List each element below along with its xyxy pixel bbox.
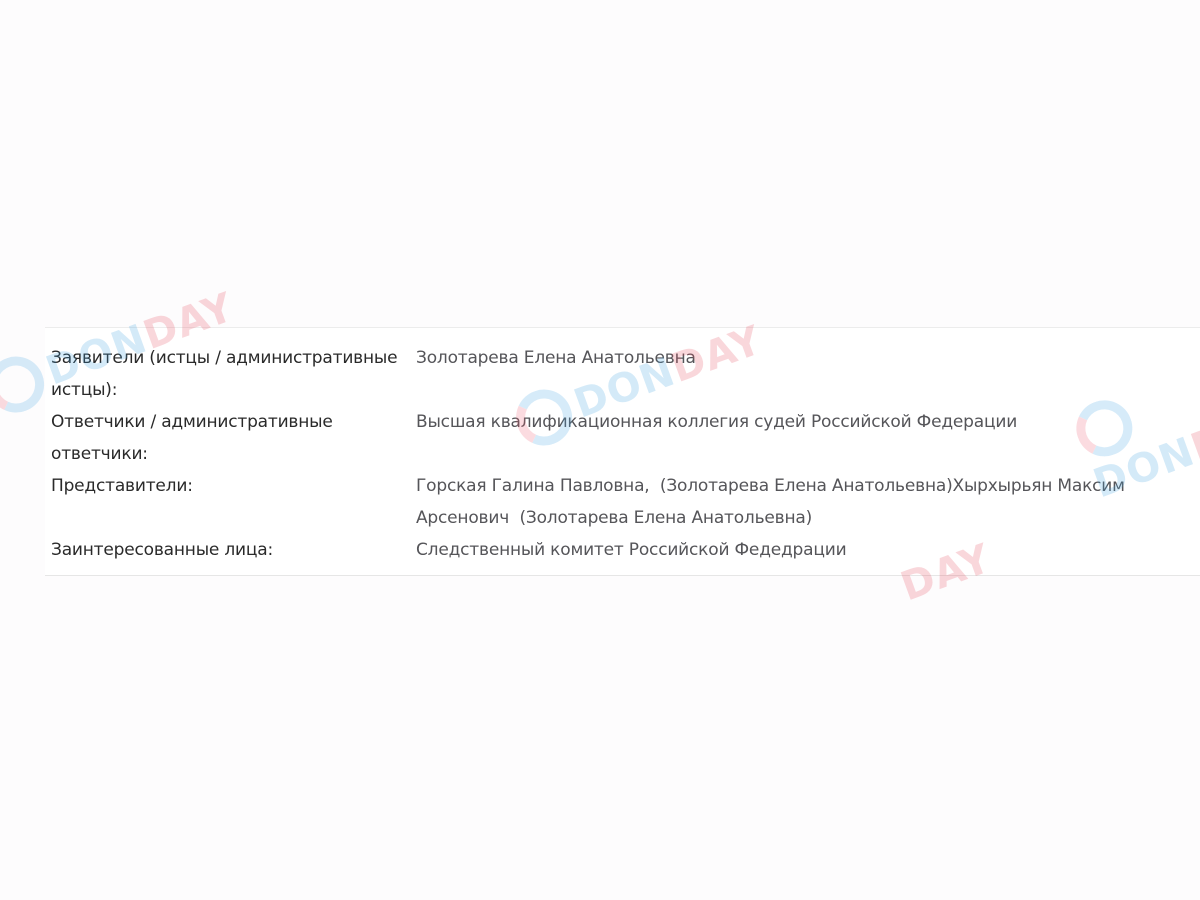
case-parties-table: Заявители (истцы / административные истц… <box>51 342 1200 566</box>
party-label-interested: Заинтересованные лица: <box>51 534 416 566</box>
party-value-interested: Следственный комитет Российской Федедрац… <box>416 534 1200 566</box>
party-value-representatives: Горская Галина Павловна, (Золотарева Еле… <box>416 470 1200 534</box>
party-label-applicants: Заявители (истцы / административные истц… <box>51 342 416 406</box>
party-row-applicants: Заявители (истцы / административные истц… <box>51 342 1200 406</box>
party-label-defendants: Ответчики / административные ответчики: <box>51 406 416 470</box>
case-parties-panel: Заявители (истцы / административные истц… <box>45 327 1200 576</box>
party-row-interested: Заинтересованные лица: Следственный коми… <box>51 534 1200 566</box>
party-value-defendants: Высшая квалификационная коллегия судей Р… <box>416 406 1200 438</box>
party-label-representatives: Представители: <box>51 470 416 502</box>
page: Заявители (истцы / административные истц… <box>0 0 1200 900</box>
party-value-applicants: Золотарева Елена Анатольевна <box>416 342 1200 374</box>
party-row-representatives: Представители: Горская Галина Павловна, … <box>51 470 1200 534</box>
party-row-defendants: Ответчики / административные ответчики: … <box>51 406 1200 470</box>
